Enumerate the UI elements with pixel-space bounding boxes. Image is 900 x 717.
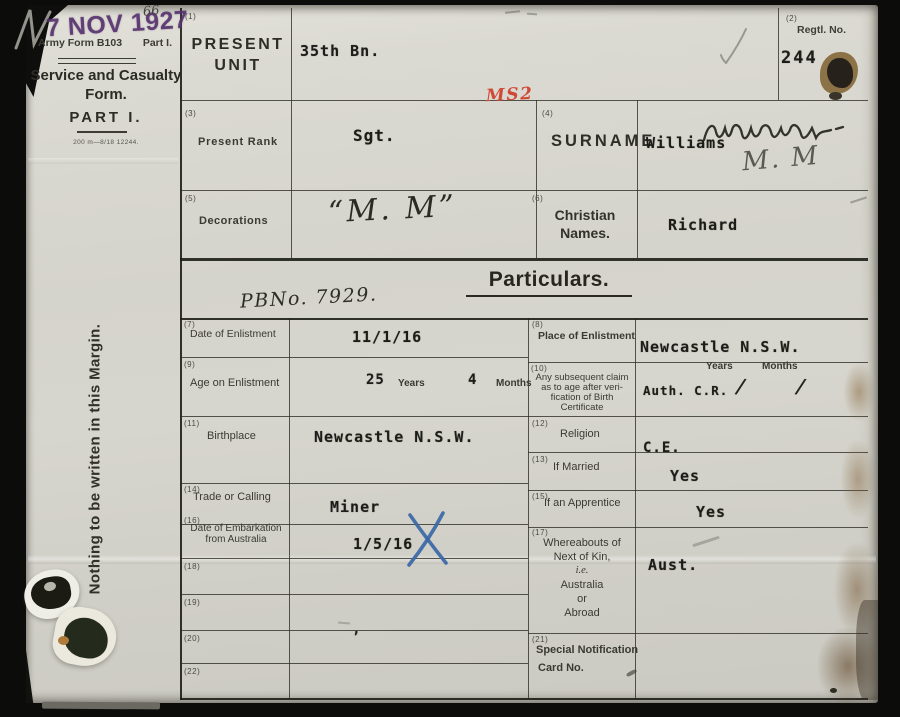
field-20-number: (20) — [184, 634, 200, 643]
form-rule — [635, 318, 636, 698]
form-rule — [778, 8, 779, 100]
field-4-number: (4) — [542, 109, 553, 118]
field-9-number: (9) — [184, 360, 195, 369]
field-7-label: Date of Enlistment — [190, 328, 276, 340]
field-13-number: (13) — [532, 455, 548, 464]
form-rule — [180, 698, 868, 700]
field-7-value: 11/1/16 — [352, 328, 422, 346]
field-3-value: Sgt. — [353, 126, 396, 145]
field-10-auth-value: Auth. C.R. — [643, 383, 728, 398]
part-heading: PART I. — [30, 109, 182, 126]
field-17-label-line1: Whereabouts of — [530, 537, 634, 549]
paper-stain — [856, 600, 878, 700]
field-13-label: If Married — [553, 461, 599, 473]
field-11-value: Newcastle N.S.W. — [314, 428, 475, 446]
field-20-stray-mark: ’ — [352, 630, 361, 645]
field-21-label-line1: Special Notification — [536, 644, 638, 656]
field-5-number: (5) — [185, 194, 196, 203]
field-22-number: (22) — [184, 667, 200, 676]
paper-hole — [58, 636, 69, 645]
paper-stain — [840, 438, 876, 520]
ink-dot — [830, 688, 837, 693]
field-16-label-line1: Date of Embarkation — [183, 523, 289, 534]
field-15-label: If an Apprentice — [544, 497, 620, 509]
form-rule — [180, 558, 528, 559]
field-14-value: Miner — [330, 498, 380, 516]
form-rule — [289, 318, 290, 698]
field-17-label-line4: Australia — [530, 579, 634, 591]
field-17-label-line3: i.e. — [530, 565, 634, 576]
field-19-number: (19) — [184, 598, 200, 607]
particulars-heading: Particulars. — [466, 268, 632, 297]
field-4-label: SURNAME — [551, 132, 655, 151]
form-rule — [528, 362, 868, 363]
form-title-line2: Form. — [30, 86, 182, 103]
field-12-label: Religion — [560, 428, 600, 440]
field-12-value: C.E. — [643, 440, 681, 456]
field-9-months-value: 4 — [468, 372, 477, 388]
field-9-years-label: Years — [398, 378, 425, 389]
form-rule — [528, 452, 868, 453]
field-18-number: (18) — [184, 562, 200, 571]
field-17-value: Aust. — [648, 556, 698, 574]
field-9-label: Age on Enlistment — [190, 377, 279, 389]
field-17-label-line6: Abroad — [530, 607, 634, 619]
field-8-value: Newcastle N.S.W. — [640, 338, 801, 356]
paper-stain — [843, 362, 875, 422]
form-rule — [637, 100, 638, 258]
field-10-months-label: Months — [762, 361, 798, 372]
red-ink-annotation: MS2 — [486, 84, 534, 106]
field-17-number: (17) — [532, 528, 548, 537]
field-10-years-label: Years — [706, 361, 733, 372]
field-3-label: Present Rank — [198, 136, 278, 148]
form-rule — [180, 416, 868, 417]
form-rule — [180, 663, 528, 664]
field-6-label-line1: Christian — [536, 207, 634, 223]
form-rule — [180, 594, 528, 595]
paper-stain-hole — [829, 92, 842, 100]
field-1-number: (1) — [185, 12, 196, 21]
field-1-value: 35th Bn. — [300, 42, 380, 60]
field-17-label-line2: Next of Kin, — [530, 551, 634, 563]
field-13-value: Yes — [670, 467, 700, 485]
field-11-label: Birthplace — [207, 430, 256, 442]
part-heading-rule — [77, 131, 127, 133]
field-8-number: (8) — [532, 320, 543, 329]
field-21-label-line2: Card No. — [538, 662, 584, 674]
field-6-value: Richard — [668, 216, 738, 234]
field-2-value: 244 — [781, 48, 818, 68]
form-rule — [180, 258, 868, 261]
form-rule — [180, 318, 868, 320]
paper-sliver — [42, 702, 160, 710]
field-5-label: Decorations — [199, 215, 268, 227]
paper-stain-hole — [827, 58, 853, 88]
field-5-value-handwritten: “M. M” — [327, 189, 458, 231]
field-2-label: Regtl. No. — [797, 24, 846, 36]
field-8-label: Place of Enlistment — [538, 330, 635, 342]
blue-ink-cross — [402, 511, 452, 567]
divider-double-rule — [58, 58, 136, 64]
form-rule — [528, 318, 529, 698]
form-reference-part: Part I. — [143, 37, 172, 49]
field-10-label-line4: Certificate — [530, 402, 634, 413]
pencil-check-mark — [715, 26, 751, 68]
field-9-months-label: Months — [496, 378, 532, 389]
printer-imprint: 200 m—8/18 12244. — [30, 139, 182, 146]
form-rule — [180, 357, 528, 358]
field-6-label-line2: Names. — [536, 225, 634, 241]
form-title-line1: Service and Casualty — [30, 67, 182, 84]
field-1-label-line2: UNIT — [188, 57, 288, 75]
field-1-label-line1: PRESENT — [188, 36, 288, 54]
handwritten-number: 66 — [142, 3, 160, 20]
scanned-document: Army Form B103 Part I. Service and Casua… — [0, 0, 900, 717]
form-rule — [291, 8, 292, 258]
field-2-number: (2) — [786, 14, 797, 23]
form-rule — [528, 527, 868, 528]
form-rule — [180, 190, 868, 191]
field-9-years-value: 25 — [366, 372, 385, 388]
field-16-label-line2: from Australia — [183, 534, 289, 545]
field-21-number: (21) — [532, 635, 548, 644]
form-rule — [528, 490, 868, 491]
margin-note: Nothing to be written in this Margin. — [87, 282, 115, 637]
field-14-label: Trade or Calling — [193, 491, 271, 503]
field-6-number: (6) — [532, 194, 543, 203]
field-15-value: Yes — [696, 503, 726, 521]
field-17-label-line5: or — [530, 593, 634, 605]
form-rule — [528, 633, 868, 634]
field-12-number: (12) — [532, 419, 548, 428]
form-rule — [180, 483, 528, 484]
field-11-number: (11) — [184, 419, 200, 428]
field-3-number: (3) — [185, 109, 196, 118]
